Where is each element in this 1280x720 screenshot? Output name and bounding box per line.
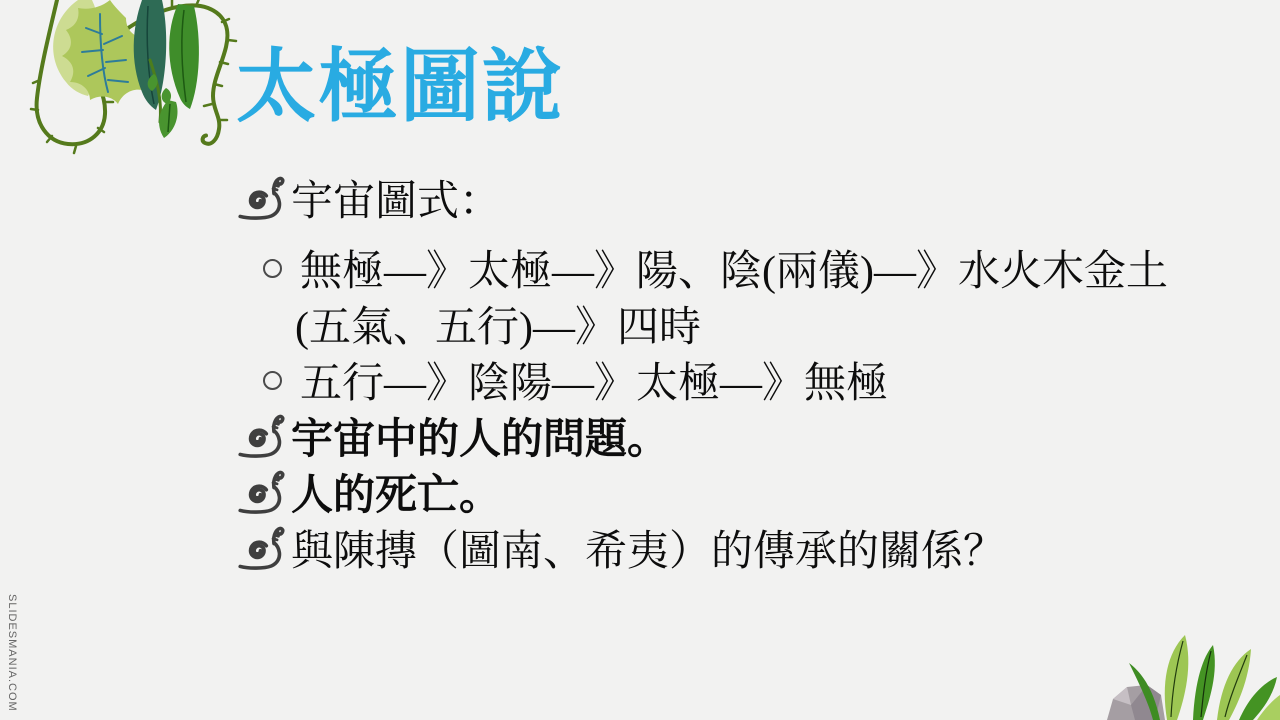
bullet-text: 人的死亡。 bbox=[291, 462, 501, 522]
bullet-text: 宇宙圖式： bbox=[291, 168, 501, 228]
snail-bullet-icon bbox=[233, 409, 287, 463]
presentation-slide: 太極圖說 宇宙圖式： 無極—》太極—》陽、陰(兩儀)—》水火木金土 (五氣、五行… bbox=[0, 0, 1280, 720]
bullet-text: (五氣、五行)—》四時 bbox=[295, 294, 701, 354]
bullet-line: 無極—》太極—》陽、陰(兩儀)—》水火木金土 bbox=[233, 240, 1273, 296]
slide-title: 太極圖說 bbox=[236, 22, 564, 137]
snail-bullet-icon bbox=[233, 521, 287, 575]
bullet-text: 無極—》太極—》陽、陰(兩儀)—》水火木金土 bbox=[300, 238, 1168, 298]
bullet-line: 與陳摶（圖南、希夷）的傳承的關係？ bbox=[233, 520, 1273, 576]
bullet-text: 五行—》陰陽—》太極—》無極 bbox=[300, 350, 888, 410]
circle-bullet-icon bbox=[263, 371, 282, 390]
bullet-text: 與陳摶（圖南、希夷）的傳承的關係？ bbox=[291, 518, 1005, 578]
snail-bullet-icon bbox=[233, 465, 287, 519]
leaves-vine-decoration bbox=[0, 0, 250, 170]
snail-bullet-icon bbox=[233, 171, 287, 225]
circle-bullet-icon bbox=[263, 259, 282, 278]
bullet-line: 五行—》陰陽—》太極—》無極 bbox=[233, 352, 1273, 408]
plant-rock-decoration bbox=[1105, 625, 1280, 720]
bullet-text: 宇宙中的人的問題。 bbox=[291, 406, 669, 466]
bullet-line-continuation: (五氣、五行)—》四時 bbox=[233, 296, 1273, 352]
bullet-line: 人的死亡。 bbox=[233, 464, 1273, 520]
bullet-line: 宇宙中的人的問題。 bbox=[233, 408, 1273, 464]
slide-body: 宇宙圖式： 無極—》太極—》陽、陰(兩儀)—》水火木金土 (五氣、五行)—》四時… bbox=[233, 170, 1273, 576]
slidesmania-watermark: SLIDESMANIA.COM bbox=[6, 594, 18, 712]
bullet-line: 宇宙圖式： bbox=[233, 170, 1273, 226]
